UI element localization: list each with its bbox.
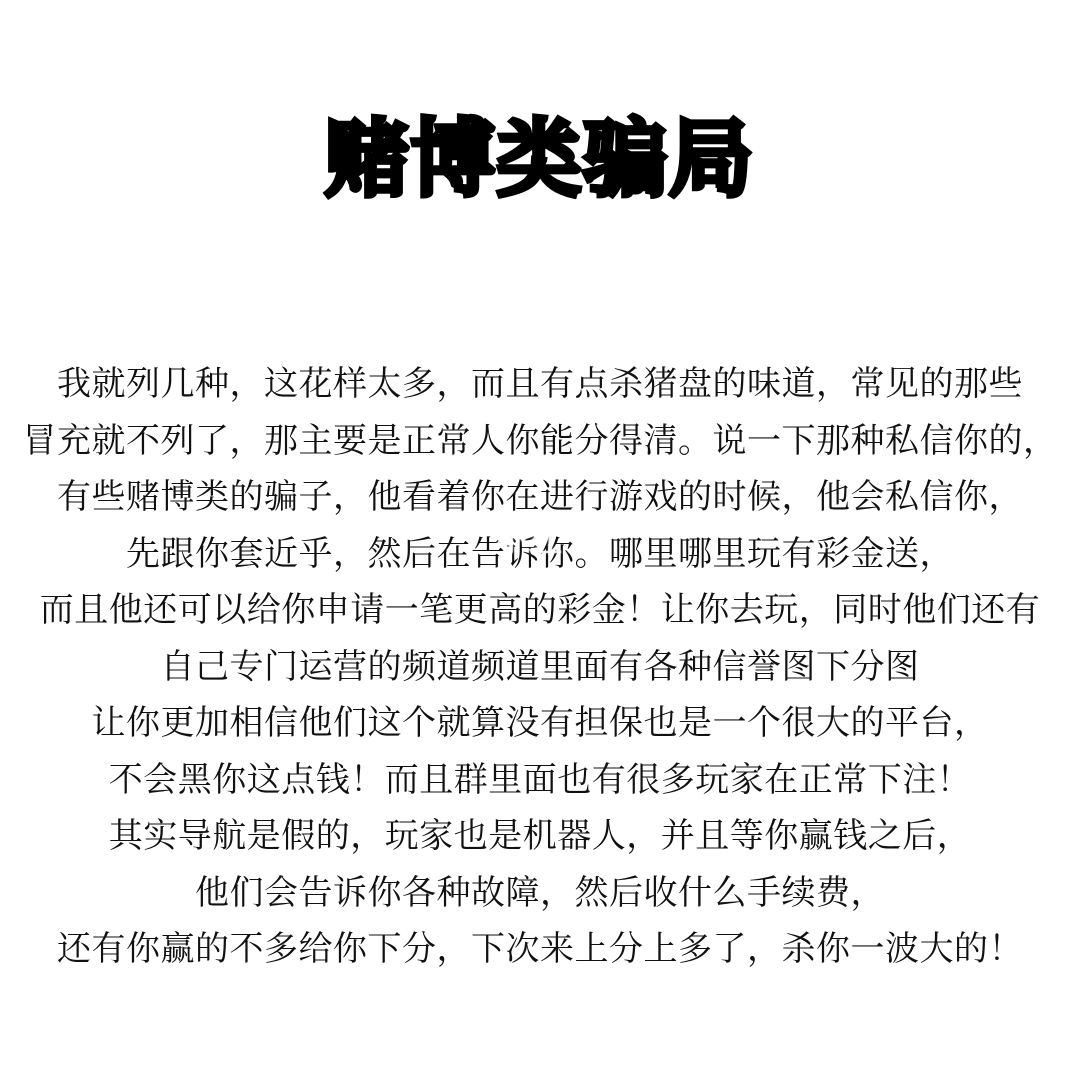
text-line: 自己专门运营的频道频道里面有各种信誉图下分图	[0, 639, 1080, 696]
body-paragraph: 我就列几种，这花样太多，而且有点杀猪盘的味道，常见的那些 冒充就不列了，那主要是…	[0, 356, 1080, 978]
text-line: 我就列几种，这花样太多，而且有点杀猪盘的味道，常见的那些	[0, 356, 1080, 413]
text-line: 而且他还可以给你申请一笔更高的彩金！让你去玩，同时他们还有	[0, 582, 1080, 639]
text-line: 有些赌博类的骗子，他看着你在进行游戏的时候，他会私信你，	[0, 469, 1080, 526]
text-line: 他们会告诉你各种故障，然后收什么手续费，	[0, 865, 1080, 922]
text-line: 冒充就不列了，那主要是正常人你能分得清。说一下那种私信你的，	[0, 413, 1080, 470]
page-title: 赌博类骗局	[0, 104, 1080, 214]
text-line: 让你更加相信他们这个就算没有担保也是一个很大的平台，	[0, 695, 1080, 752]
text-line: 还有你赢的不多给你下分，下次来上分上多了，杀你一波大的！	[0, 921, 1080, 978]
text-line: 其实导航是假的，玩家也是机器人，并且等你赢钱之后，	[0, 808, 1080, 865]
text-line: 先跟你套近乎，然后在告诉你。哪里哪里玩有彩金送，	[0, 526, 1080, 583]
text-line: 不会黑你这点钱！而且群里面也有很多玩家在正常下注！	[0, 752, 1080, 809]
